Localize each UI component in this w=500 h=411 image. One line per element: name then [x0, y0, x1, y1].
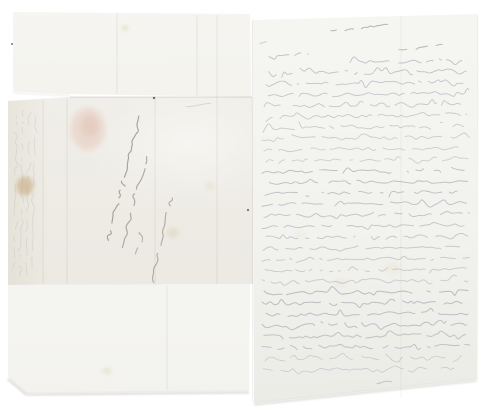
foxing-spots	[103, 26, 399, 375]
photo-of-folded-letter	[0, 0, 500, 411]
page-body-handwriting	[262, 57, 470, 384]
address-writing	[107, 116, 172, 282]
pencil-mark	[186, 103, 211, 107]
paper-shadows	[8, 16, 478, 405]
postmark-stamp	[71, 108, 105, 150]
handwriting-and-marks-layer	[0, 0, 500, 411]
page-heading-writing	[260, 24, 442, 59]
wax-seal-stain	[17, 177, 34, 196]
